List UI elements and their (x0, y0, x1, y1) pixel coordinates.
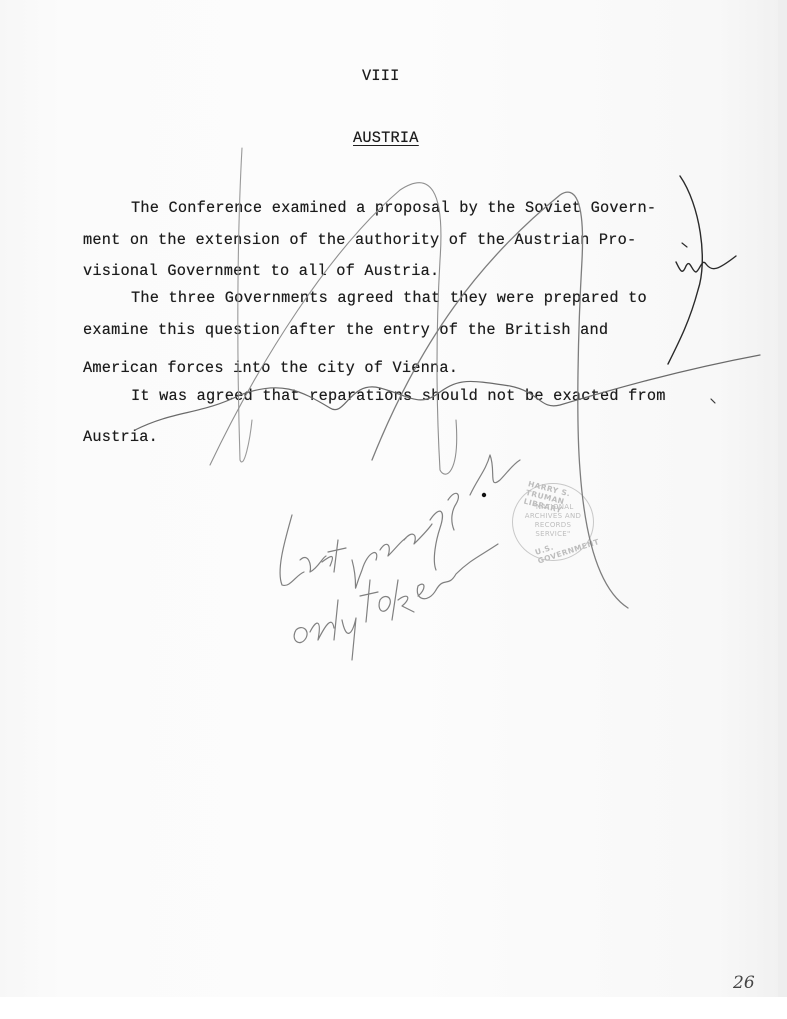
paragraph-2-line-2: examine this question after the entry of… (83, 323, 608, 338)
paragraph-3-line-2: Austria. (83, 430, 158, 445)
document-page (0, 0, 778, 997)
page-number: 26 (733, 973, 755, 993)
paragraph-2-line-1: The three Governments agreed that they w… (131, 291, 647, 306)
section-title: AUSTRIA (353, 131, 419, 146)
paragraph-1-line-2: ment on the extension of the authority o… (83, 233, 636, 248)
scan-edge (778, 0, 787, 997)
section-number: VIII (362, 69, 400, 84)
paragraph-1-line-1: The Conference examined a proposal by th… (131, 201, 656, 216)
paragraph-3-line-1: It was agreed that reparations should no… (131, 389, 666, 404)
paragraph-2-line-3: American forces into the city of Vienna. (83, 361, 458, 376)
archive-stamp: HARRY S. TRUMAN LIBRARY "NATIONAL ARCHIV… (512, 483, 594, 561)
paragraph-1-line-3: visional Government to all of Austria. (83, 264, 439, 279)
